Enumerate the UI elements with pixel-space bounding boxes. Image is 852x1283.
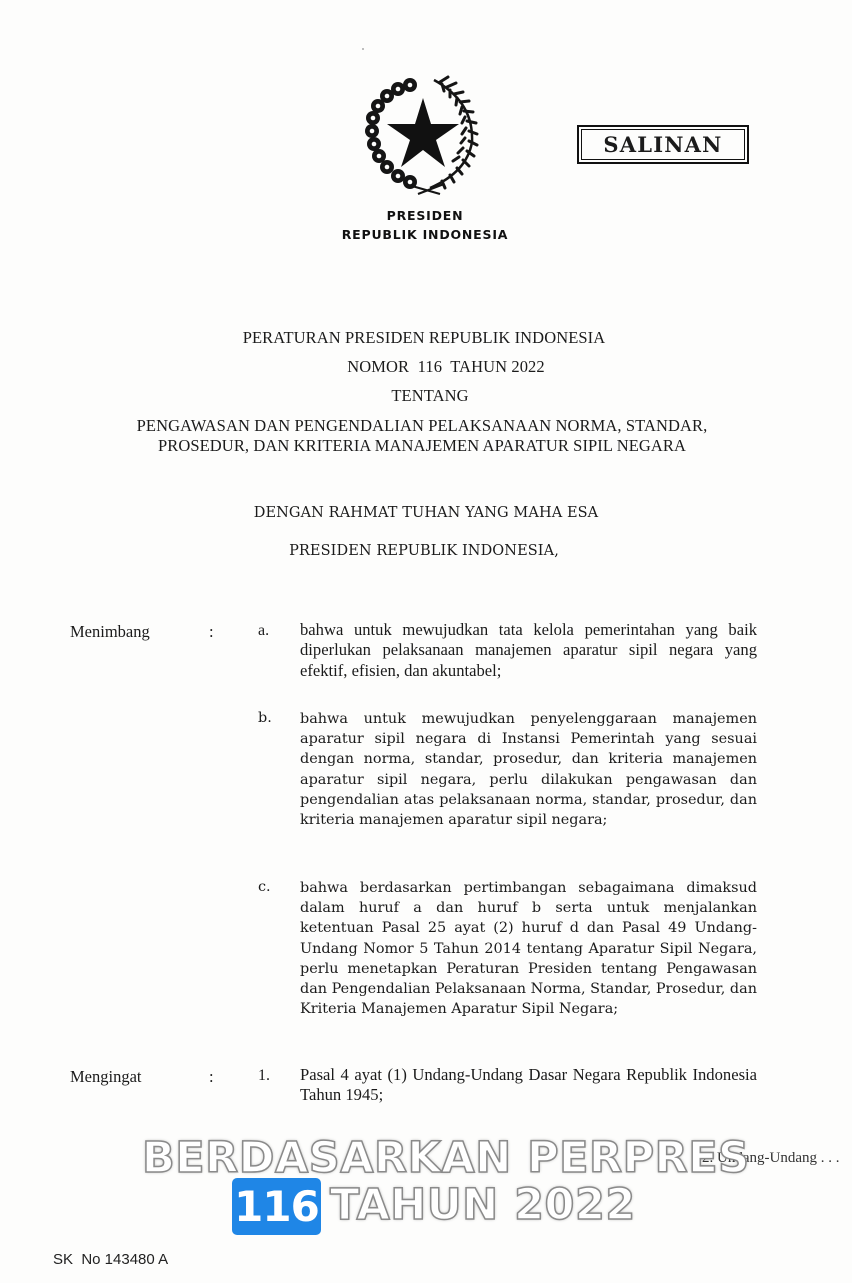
header-republik-indonesia: REPUBLIK INDONESIA xyxy=(300,227,550,242)
menimbang-label: Menimbang xyxy=(70,622,150,642)
menimbang-item-marker: b. xyxy=(258,710,272,726)
overlay-caption-line1: BERDASARKAN PERPRES xyxy=(142,1133,750,1183)
regulation-subject-line1: PENGAWASAN DAN PENGENDALIAN PELAKSANAAN … xyxy=(0,416,848,436)
header-presiden: PRESIDEN xyxy=(300,208,550,223)
menimbang-item-marker: c. xyxy=(258,879,271,895)
preamble-invocation: DENGAN RAHMAT TUHAN YANG MAHA ESA xyxy=(0,505,852,521)
preamble-president: PRESIDEN REPUBLIK INDONESIA, xyxy=(0,543,850,559)
menimbang-item-marker: a. xyxy=(258,622,269,640)
salinan-stamp: SALINAN xyxy=(577,125,749,164)
mengingat-colon: : xyxy=(209,1067,214,1087)
regulation-subject-line2: PROSEDUR, DAN KRITERIA MANAJEMEN APARATU… xyxy=(0,436,848,456)
menimbang-item-text: bahwa untuk mewujudkan tata kelola pemer… xyxy=(300,620,757,681)
mengingat-item-text: Pasal 4 ayat (1) Undang-Undang Dasar Neg… xyxy=(300,1065,757,1106)
sk-number: SK No 143480 A xyxy=(53,1251,168,1268)
overlay-badge-number: 116 xyxy=(234,1182,319,1231)
regulation-tentang: TENTANG xyxy=(4,386,852,406)
menimbang-item-text: bahwa untuk mewujudkan penyelenggaraan m… xyxy=(300,709,757,830)
garuda-star-emblem-icon xyxy=(362,72,484,196)
overlay-number-badge: 116 xyxy=(232,1178,321,1235)
menimbang-item-text: bahwa berdasarkan pertimbangan sebagaima… xyxy=(300,878,757,1019)
salinan-label: SALINAN xyxy=(603,132,722,157)
regulation-title: PERATURAN PRESIDEN REPUBLIK INDONESIA xyxy=(0,328,850,348)
menimbang-colon: : xyxy=(209,622,214,642)
scan-speck xyxy=(362,48,364,50)
mengingat-item-marker: 1. xyxy=(258,1067,270,1085)
regulation-number: NOMOR 116 TAHUN 2022 xyxy=(20,357,852,377)
overlay-caption-line2: TAHUN 2022 xyxy=(330,1180,636,1230)
mengingat-label: Mengingat xyxy=(70,1067,142,1087)
